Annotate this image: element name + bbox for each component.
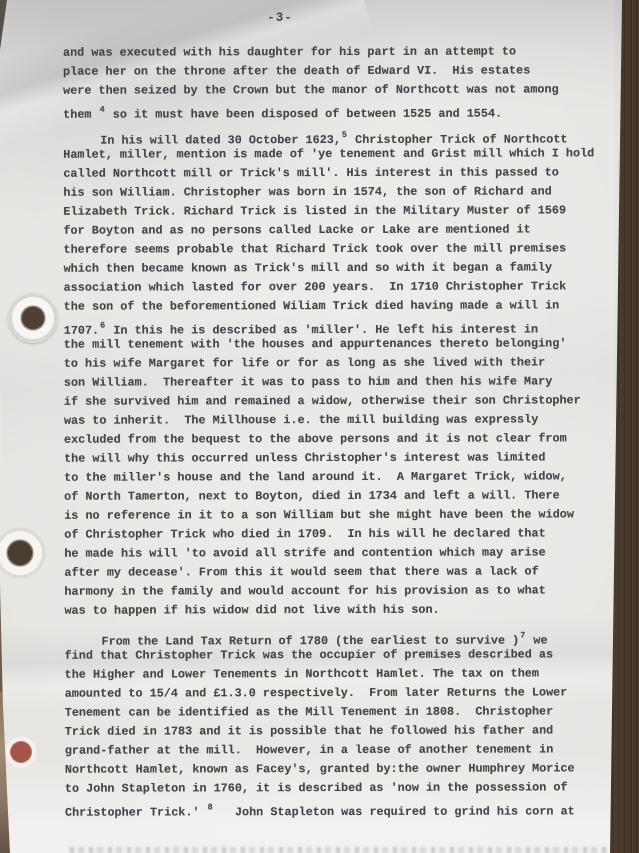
text-line: of North Tamerton, next to Boyton, died … (64, 486, 612, 506)
text-line: was to happen if his widow did not live … (64, 600, 612, 620)
cut-off-text-line (70, 847, 610, 853)
text-line: Northcott Hamlet, known as Facey's, gran… (65, 759, 613, 779)
text-line: of Christopher Trick who died in 1709. I… (64, 524, 612, 544)
page-number: -3- (250, 11, 310, 25)
text-line: to his wife Margaret for life or for as … (64, 353, 612, 373)
text-line: excluded from the bequest to the above p… (64, 429, 612, 449)
text-line: for Boyton and as no persons called Lack… (63, 220, 611, 240)
text-line: and was executed with his daughter for h… (63, 42, 611, 62)
text-line: From the Land Tax Return of 1780 (the ea… (65, 626, 613, 646)
paragraph: From the Land Tax Return of 1780 (the ea… (65, 626, 613, 817)
text-line: is no reference in it to a son William b… (64, 505, 612, 525)
text-line: called Northcott mill or Trick's mill'. … (63, 163, 611, 183)
punched-hole-icon (8, 293, 58, 343)
text-line: he made his will 'to avoid all strife an… (64, 543, 612, 563)
text-line: Trick died in 1783 and it is possible th… (65, 721, 613, 741)
text-line: were then seized by the Crown but the ma… (63, 80, 611, 100)
text-line: son William. Thereafter it was to pass t… (64, 372, 612, 392)
text-line: find that Christopher Trick was the occu… (65, 645, 613, 665)
paragraph: and was executed with his daughter for h… (63, 42, 611, 119)
text-line: the mill tenement with 'the houses and a… (64, 334, 612, 354)
text-block: and was executed with his daughter for h… (63, 42, 613, 824)
text-line: the will why this occurred unless Christ… (64, 448, 612, 468)
text-line: amounted to 15/4 and £1.3.0 respectively… (65, 683, 613, 703)
text-line: his son William. Christopher was born in… (63, 182, 611, 202)
text-line: 1707.6 In this he is described as 'mille… (64, 315, 612, 335)
text-line: grand-father at the mill. However, in a … (65, 740, 613, 760)
red-sticker-icon (4, 735, 38, 769)
text-line: harmony in the family and would account … (64, 581, 612, 601)
text-line: which then became known as Trick's mill … (64, 258, 612, 278)
text-line: association which lasted for over 200 ye… (64, 277, 612, 297)
text-line: Christopher Trick.' 8 John Stapleton was… (65, 797, 613, 817)
text-line: to the miller's house and the land aroun… (64, 467, 612, 487)
text-line: was to inherit. The Millhouse i.e. the m… (64, 410, 612, 430)
text-line: Elizabeth Trick. Richard Trick is listed… (63, 201, 611, 221)
paragraph: In his will dated 30 October 1623,5 Chri… (63, 125, 612, 620)
text-line: to John Stapleton in 1760, it is describ… (65, 778, 613, 798)
text-line: the son of the beforementioned Wiliam Tr… (64, 296, 612, 316)
text-line: the Higher and Lower Tenements in Northc… (65, 664, 613, 684)
text-line: therefore seems probable that Richard Tr… (63, 239, 611, 259)
text-line: place her on the throne after the death … (63, 61, 611, 81)
text-line: Hamlet, miller, mention is made of 'ye t… (63, 144, 611, 164)
text-line: them 4 so it must have been disposed of … (63, 99, 611, 119)
text-line: if she survived him and remained a widow… (64, 391, 612, 411)
text-line: In his will dated 30 October 1623,5 Chri… (63, 125, 611, 145)
text-line: after my decease'. From this it would se… (64, 562, 612, 582)
text-line: Tenement can be identified as the Mill T… (65, 702, 613, 722)
scanned-page: -3- and was executed with his daughter f… (0, 0, 639, 853)
